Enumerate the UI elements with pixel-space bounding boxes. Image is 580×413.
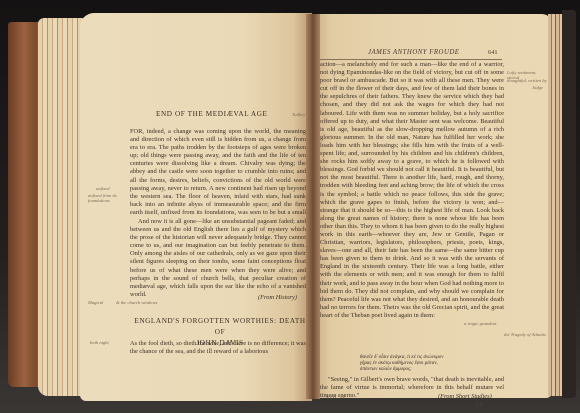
book-cover-right [562,10,576,398]
margin-note: a tragic grandeur [464,321,497,326]
header-rule [320,59,502,60]
paragraph-text: action—a melancholy end for such a man—l… [320,61,504,319]
margin-note: & the church windows [116,300,157,305]
margin-note: Magical [88,300,103,305]
heading-annotation: Tudbey [292,112,305,117]
paragraph-text: As the fool dieth, so dieth the wise, an… [130,340,306,355]
running-head: JAMES ANTHONY FROUDE [368,49,459,56]
margin-note: Judge [532,85,543,90]
footer-signature: 2 T [476,403,483,409]
left-paragraph-2: And now it is all gone—like an unsubstan… [130,218,306,298]
verse-line: ἁπάντων καλῶν ἄμμορος; [360,367,480,373]
paragraph-text: FOR, indeed, a change was coming upon th… [130,128,306,217]
source-citation: (From History) [258,294,297,301]
margin-note: unfixed [96,186,110,191]
book-gutter [306,14,320,399]
right-paragraph-1: action—a melancholy end for such a man—l… [320,61,504,320]
section-heading-line-1: ENGLAND'S FORGOTTEN WORTHIES: DEATH OF [132,316,308,338]
left-paragraph-1: FOR, indeed, a change was coming upon th… [130,128,306,217]
margin-note: the Tragedy of Atlantis [504,332,548,337]
chapter-heading: END OF THE MEDIÆVAL AGE [156,110,306,118]
margin-note: unfixed from its foundations [88,193,128,204]
source-citation: (From Short Studies) [438,393,492,400]
left-paragraph-3: As the fool dieth, so dieth the wise, an… [130,340,306,356]
page-number: 641 [488,49,498,56]
greek-verse: θανεῖν δ' οἷσιν ἀνάγκα, τί κέ τις ἀνώνυμ… [360,355,480,373]
footer-volume: VOL. V [326,395,347,401]
margin-note: thoughtful, written by [507,78,549,83]
margin-note: both night [90,340,109,345]
paragraph-text: And now it is all gone—like an unsubstan… [130,218,306,298]
